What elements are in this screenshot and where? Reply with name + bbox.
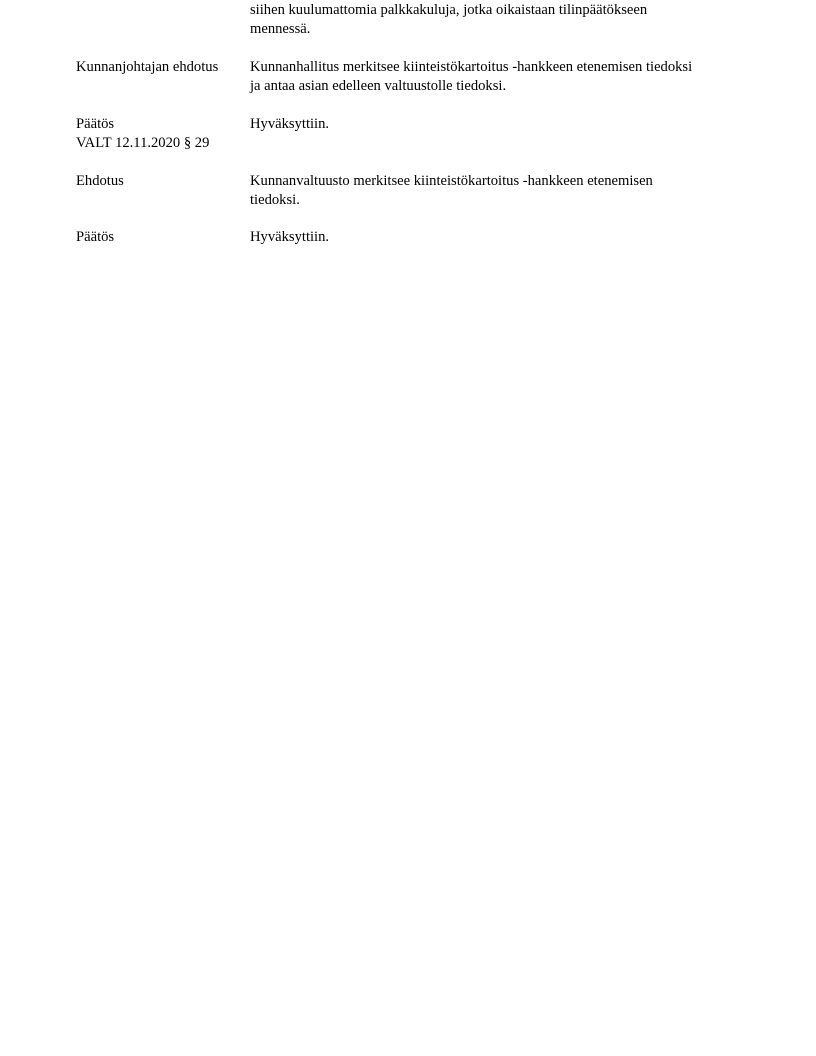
section-text-line: Kunnanhallitus merkitsee kiinteistökarto… bbox=[250, 58, 692, 77]
section-text-line: Kunnanvaltuusto merkitsee kiinteistökart… bbox=[250, 172, 653, 191]
document-page: siihen kuulumattomia palkkakuluja, jotka… bbox=[0, 0, 816, 1056]
section-label-kunnanjohtajan-ehdotus: Kunnanjohtajan ehdotus bbox=[76, 58, 218, 77]
section-label-paatos: Päätös bbox=[76, 228, 114, 247]
continuation-line: siihen kuulumattomia palkkakuluja, jotka… bbox=[250, 1, 647, 20]
section-label-ehdotus: Ehdotus bbox=[76, 172, 124, 191]
section-text-line: Hyväksyttiin. bbox=[250, 115, 329, 134]
section-label-meeting-ref: VALT 12.11.2020 § 29 bbox=[76, 134, 209, 153]
section-text-line: tiedoksi. bbox=[250, 191, 300, 210]
section-label-paatos: Päätös bbox=[76, 115, 114, 134]
section-text-line: ja antaa asian edelleen valtuustolle tie… bbox=[250, 77, 506, 96]
section-text-line: Hyväksyttiin. bbox=[250, 228, 329, 247]
continuation-line: mennessä. bbox=[250, 20, 310, 39]
